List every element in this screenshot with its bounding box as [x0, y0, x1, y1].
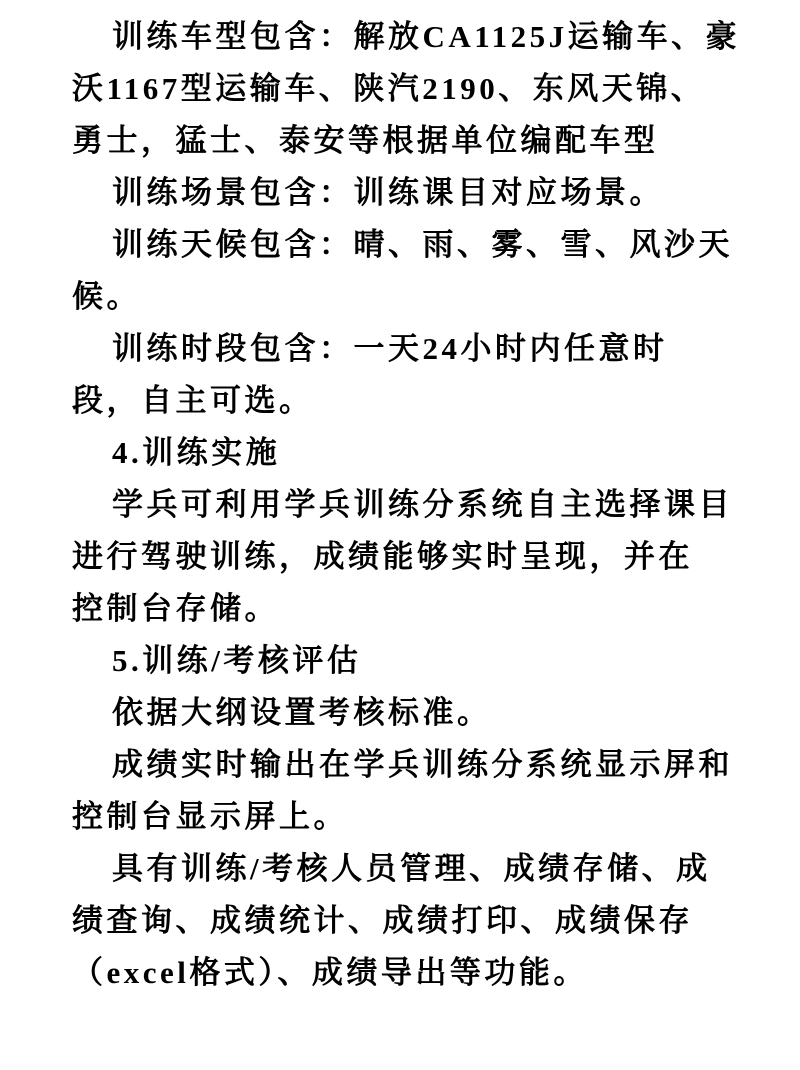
text-line: 依据大纲设置考核标准。	[72, 687, 760, 739]
text-line: 候。	[72, 271, 760, 323]
text-line: 训练时段包含：一天24小时内任意时	[72, 323, 760, 375]
text-line: 勇士，猛士、泰安等根据单位编配车型	[72, 115, 760, 167]
text-line: 训练天候包含：晴、雨、雾、雪、风沙天	[72, 219, 760, 271]
text-line: 训练车型包含：解放CA1125J运输车、豪	[72, 11, 760, 63]
text-line: 沃1167型运输车、陕汽2190、东风天锦、	[72, 63, 760, 115]
text-line: 控制台存储。	[72, 583, 760, 635]
text-line: 训练场景包含：训练课目对应场景。	[72, 167, 760, 219]
text-line: 进行驾驶训练，成绩能够实时呈现，并在	[72, 531, 760, 583]
text-line: （excel格式）、成绩导出等功能。	[72, 947, 760, 999]
text-line: 段，自主可选。	[72, 375, 760, 427]
text-line: 学兵可利用学兵训练分系统自主选择课目	[72, 479, 760, 531]
text-line: 成绩实时输出在学兵训练分系统显示屏和	[72, 739, 760, 791]
text-line: 具有训练/考核人员管理、成绩存储、成	[72, 843, 760, 895]
document-page: 训练车型包含：解放CA1125J运输车、豪沃1167型运输车、陕汽2190、东风…	[0, 0, 800, 1070]
text-line: 绩查询、成绩统计、成绩打印、成绩保存	[72, 895, 760, 947]
text-line: 5.训练/考核评估	[72, 635, 760, 687]
text-line: 控制台显示屏上。	[72, 791, 760, 843]
text-line: 4.训练实施	[72, 427, 760, 479]
